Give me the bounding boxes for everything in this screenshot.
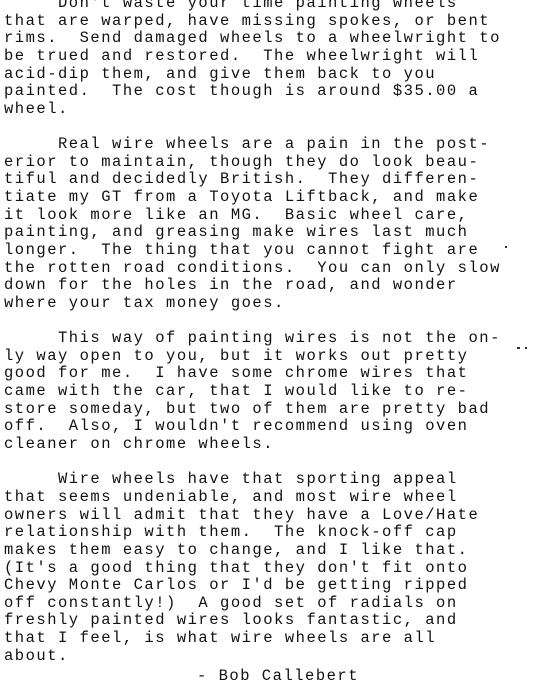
text-line: off constantly!) A good set of radials o…: [4, 595, 540, 613]
text-line: be trued and restored. The wheelwright w…: [4, 48, 540, 66]
text-line: cleaner on chrome wheels.: [4, 436, 540, 454]
text-line: tiful and decidedly British. They differ…: [4, 171, 540, 189]
text-line: store someday, but two of them are prett…: [4, 401, 540, 419]
text-line: that are warped, have missing spokes, or…: [4, 13, 540, 31]
text-line: owners will admit that they have a Love/…: [4, 507, 540, 525]
text-line: tiate my GT from a Toyota Liftback, and …: [4, 189, 540, 207]
text-line: came with the car, that I would like to …: [4, 383, 540, 401]
text-line: ly way open to you, but it works out pre…: [4, 348, 540, 366]
scan-speck: [505, 246, 507, 248]
text-line: acid-dip them, and give them back to you: [4, 66, 540, 84]
text-line: freshly painted wires looks fantastic, a…: [4, 612, 540, 630]
text-line: wheel.: [4, 101, 540, 119]
text-line: (It's a good thing that they don't fit o…: [4, 560, 540, 578]
text-line: Real wire wheels are a pain in the post-: [4, 136, 540, 154]
document-body: Don't waste your time painting wheelstha…: [4, 0, 540, 683]
scan-speck: [525, 347, 527, 349]
text-line: This way of painting wires is not the on…: [4, 330, 540, 348]
text-line: erior to maintain, though they do look b…: [4, 154, 540, 172]
text-line: where your tax money goes.: [4, 295, 540, 313]
paragraph: Don't waste your time painting wheelstha…: [4, 0, 540, 118]
text-line: about.: [4, 648, 540, 666]
paragraph: This way of painting wires is not the on…: [4, 330, 540, 453]
text-line: that seems undeniable, and most wire whe…: [4, 489, 540, 507]
text-line: good for me. I have some chrome wires th…: [4, 365, 540, 383]
text-line: Wire wheels have that sporting appeal: [4, 471, 540, 489]
text-line: painting, and greasing make wires last m…: [4, 224, 540, 242]
text-line: off. Also, I wouldn't recommend using ov…: [4, 418, 540, 436]
author-signature: - Bob Callebert: [197, 667, 359, 685]
text-line: the rotten road conditions. You can only…: [4, 260, 540, 278]
scan-speck: [517, 347, 520, 349]
text-line: it look more like an MG. Basic wheel car…: [4, 207, 540, 225]
paragraph: Wire wheels have that sporting appealtha…: [4, 471, 540, 665]
paragraph: Real wire wheels are a pain in the post-…: [4, 136, 540, 312]
text-line: relationship with them. The knock-off ca…: [4, 524, 540, 542]
text-line: that I feel, is what wire wheels are all: [4, 630, 540, 648]
text-line: down for the holes in the road, and wond…: [4, 277, 540, 295]
text-line: makes them easy to change, and I like th…: [4, 542, 540, 560]
text-line: Chevy Monte Carlos or I'd be getting rip…: [4, 577, 540, 595]
text-line: painted. The cost though is around $35.0…: [4, 83, 540, 101]
text-line: rims. Send damaged wheels to a wheelwrig…: [4, 30, 540, 48]
text-line: longer. The thing that you cannot fight …: [4, 242, 540, 260]
text-line: Don't waste your time painting wheels: [4, 0, 540, 13]
